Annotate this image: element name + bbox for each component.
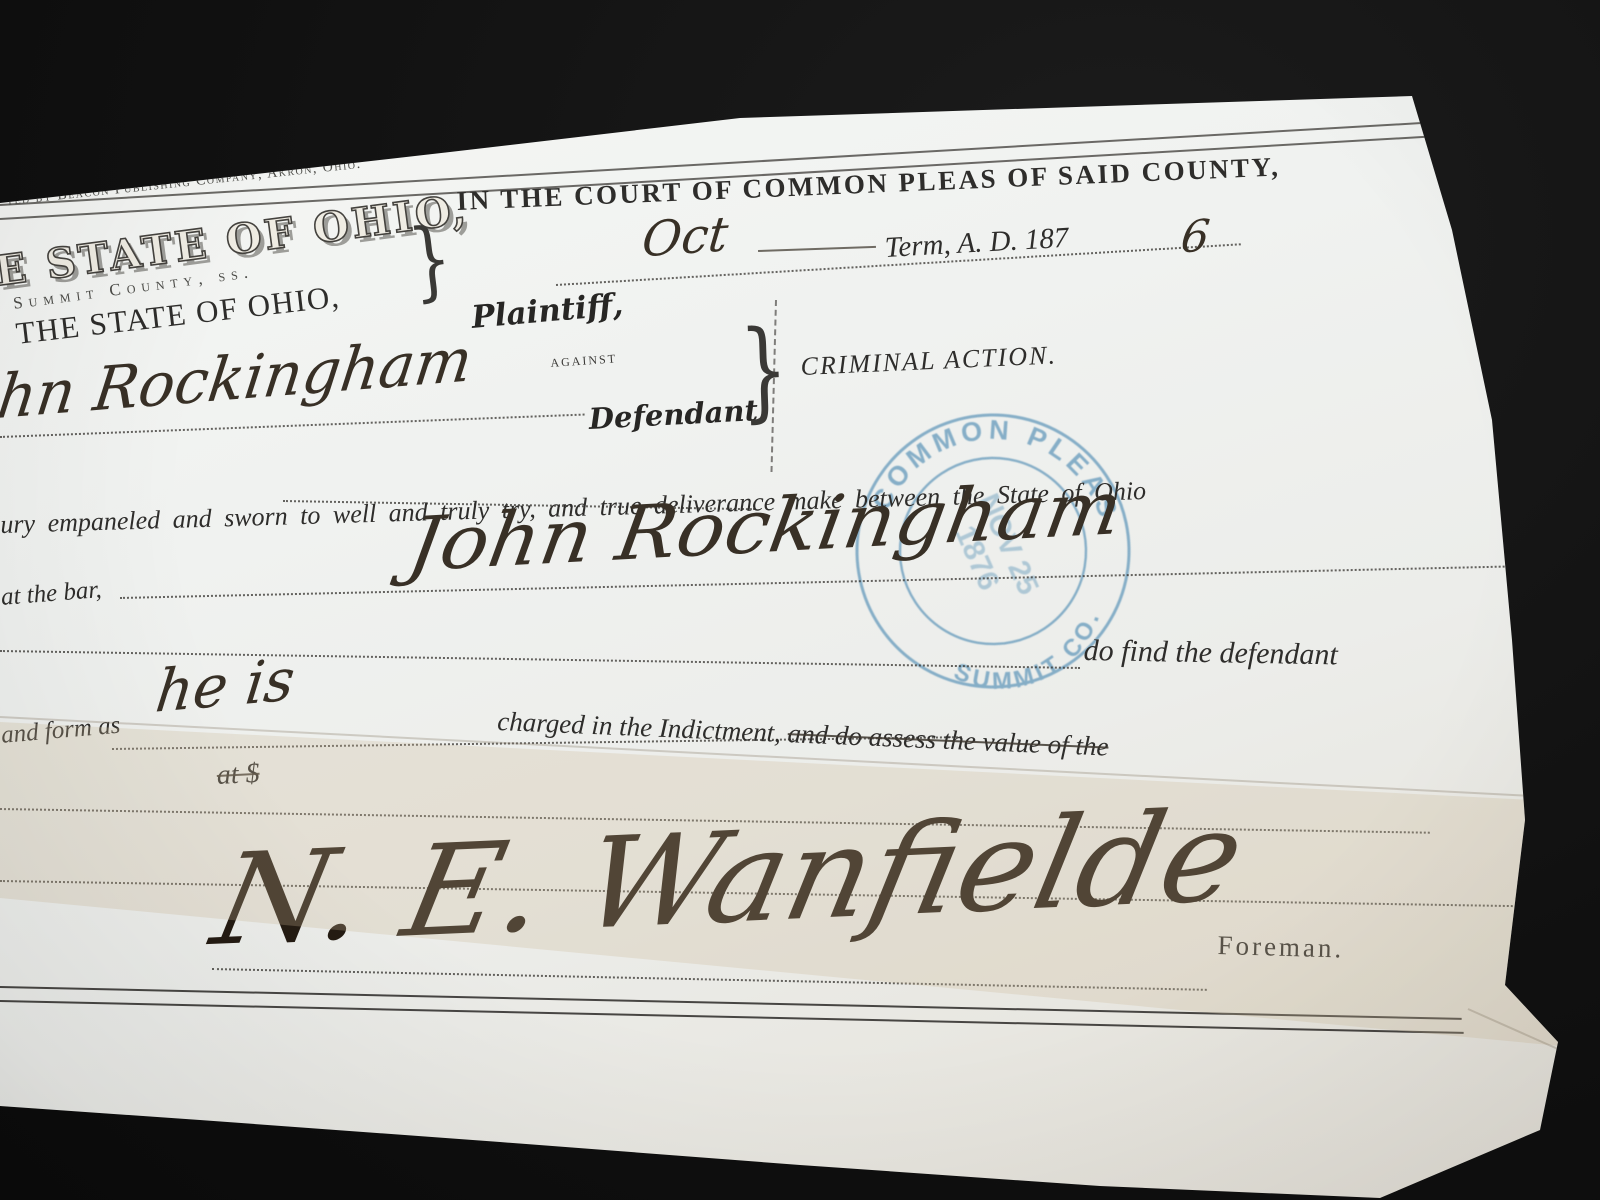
charged-text-struck: and do assess the value of the bbox=[787, 718, 1109, 761]
against-label: AGAINST bbox=[550, 351, 618, 371]
term-year-handwriting: 6 bbox=[1179, 215, 1212, 261]
bottom-rule-lower bbox=[0, 1000, 1464, 1034]
he-is-handwriting: he is bbox=[153, 650, 298, 721]
photo-stage: ted by Beacon Publishing Company, Akron,… bbox=[0, 0, 1600, 1200]
charged-text: charged in the Indictment, and do assess… bbox=[497, 706, 1109, 763]
foreman-signature-handwriting: N. E. Wanfielde bbox=[204, 793, 1253, 964]
foreman-label: Foreman. bbox=[1217, 930, 1345, 965]
caption-brace-right: } bbox=[738, 316, 790, 426]
term-month-handwriting: Oct bbox=[640, 210, 730, 264]
signature-dotted-line bbox=[212, 968, 1207, 991]
at-dollar-label: at $ bbox=[216, 758, 260, 792]
find-defendant-text: do find the defendant bbox=[1083, 634, 1338, 672]
case-type: CRIMINAL ACTION. bbox=[800, 340, 1058, 382]
plaintiff-label: Plaintiff, bbox=[470, 287, 625, 336]
court-heading: IN THE COURT OF COMMON PLEAS OF SAID COU… bbox=[456, 151, 1281, 216]
bottom-rule-upper bbox=[0, 986, 1462, 1020]
document-paper: ted by Beacon Publishing Company, Akron,… bbox=[0, 0, 1600, 1200]
at-the-bar-label: at the bar, bbox=[0, 576, 103, 612]
paper-crease-lower-right bbox=[1468, 1008, 1571, 1055]
term-printed: Term, A. D. 187 bbox=[884, 222, 1069, 265]
term-pen-dash bbox=[758, 246, 876, 252]
